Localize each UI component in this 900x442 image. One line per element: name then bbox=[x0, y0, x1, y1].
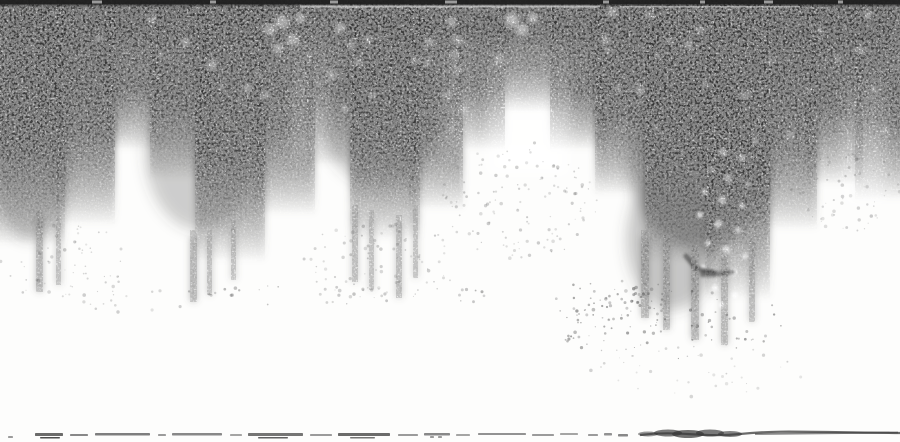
speck bbox=[548, 228, 551, 231]
speck bbox=[70, 285, 72, 287]
speck bbox=[864, 186, 865, 187]
speck bbox=[68, 293, 70, 295]
speck bbox=[493, 191, 495, 193]
top-rule-gap bbox=[92, 1, 102, 4]
speck bbox=[55, 235, 58, 238]
speck bbox=[556, 235, 558, 237]
speck bbox=[626, 331, 629, 334]
speck bbox=[113, 294, 114, 295]
speck bbox=[715, 311, 717, 313]
speck bbox=[780, 367, 781, 368]
speck bbox=[567, 335, 570, 338]
speck bbox=[640, 344, 641, 345]
speck bbox=[151, 308, 154, 311]
speck bbox=[47, 261, 49, 263]
speck bbox=[489, 201, 491, 203]
speck bbox=[870, 214, 873, 217]
speck bbox=[483, 294, 486, 297]
speck bbox=[472, 300, 475, 303]
speck bbox=[589, 181, 591, 183]
speck bbox=[751, 339, 752, 340]
speck bbox=[481, 158, 484, 161]
speck bbox=[487, 222, 491, 226]
speck bbox=[791, 188, 792, 189]
top-rule-gap bbox=[445, 1, 457, 4]
speck bbox=[856, 158, 859, 161]
speck bbox=[367, 245, 370, 248]
speck bbox=[592, 314, 594, 316]
speck bbox=[50, 255, 53, 258]
speck bbox=[179, 305, 182, 308]
speck bbox=[459, 214, 461, 216]
speck bbox=[708, 319, 711, 322]
speck bbox=[419, 259, 421, 261]
speck bbox=[601, 305, 603, 307]
speck bbox=[367, 287, 369, 289]
speck bbox=[116, 275, 118, 277]
speck bbox=[590, 297, 592, 299]
speck bbox=[38, 251, 42, 255]
bottom-rule-dash bbox=[560, 433, 578, 435]
speck bbox=[827, 156, 829, 158]
speck bbox=[324, 288, 327, 291]
speck bbox=[443, 252, 445, 254]
speck bbox=[82, 293, 86, 297]
speck bbox=[72, 286, 73, 287]
speck bbox=[38, 284, 39, 285]
speck bbox=[844, 175, 846, 177]
speck bbox=[392, 248, 395, 251]
speck bbox=[455, 165, 457, 167]
speck bbox=[642, 293, 645, 296]
speck bbox=[691, 339, 693, 341]
speck bbox=[479, 171, 482, 174]
speck bbox=[418, 256, 421, 259]
speck bbox=[377, 286, 380, 289]
speck bbox=[335, 286, 338, 289]
speck bbox=[316, 266, 317, 267]
speck bbox=[590, 283, 592, 285]
speck bbox=[655, 324, 657, 326]
bottom-rule-dash bbox=[70, 434, 88, 436]
speck bbox=[730, 357, 733, 360]
speck bbox=[511, 254, 513, 256]
speck bbox=[552, 165, 555, 168]
speck bbox=[551, 251, 552, 252]
speck bbox=[463, 191, 465, 193]
bottom-rule-dash bbox=[588, 434, 598, 436]
speck bbox=[508, 159, 510, 161]
speck bbox=[380, 295, 383, 298]
speck bbox=[810, 167, 813, 170]
speck bbox=[746, 383, 747, 384]
bottom-rule-dash bbox=[95, 433, 150, 436]
speck bbox=[303, 258, 306, 261]
speck bbox=[726, 373, 728, 375]
speck bbox=[658, 351, 659, 352]
speck bbox=[573, 337, 575, 339]
speck bbox=[676, 380, 678, 382]
speck bbox=[654, 308, 655, 309]
speck bbox=[856, 230, 858, 232]
speck bbox=[711, 339, 712, 340]
speck bbox=[519, 248, 520, 249]
speck bbox=[689, 309, 692, 312]
speck bbox=[479, 212, 483, 216]
speck bbox=[632, 300, 634, 302]
speck bbox=[571, 202, 574, 205]
speck bbox=[410, 255, 412, 257]
speck bbox=[111, 285, 114, 288]
speck bbox=[589, 369, 593, 373]
speck bbox=[570, 335, 572, 337]
speck bbox=[537, 241, 540, 244]
speck bbox=[238, 289, 240, 291]
speck bbox=[607, 318, 610, 321]
speck bbox=[661, 293, 663, 295]
speck bbox=[25, 290, 26, 291]
bottom-rule-dash bbox=[478, 433, 526, 435]
speck bbox=[762, 340, 764, 342]
top-rule-gap bbox=[603, 1, 609, 4]
speck bbox=[364, 247, 368, 251]
speck bbox=[443, 245, 445, 247]
speck bbox=[362, 225, 365, 228]
speck bbox=[808, 154, 809, 155]
speck bbox=[81, 252, 83, 254]
speck bbox=[634, 347, 635, 348]
speck bbox=[506, 174, 509, 177]
speck bbox=[606, 306, 608, 308]
speck bbox=[575, 219, 576, 220]
speck bbox=[621, 280, 624, 283]
speck bbox=[578, 336, 581, 339]
speck bbox=[87, 278, 89, 280]
speck bbox=[660, 330, 662, 332]
speck bbox=[426, 281, 428, 283]
speck bbox=[502, 231, 504, 233]
photo-svg bbox=[0, 0, 900, 442]
speck bbox=[120, 261, 121, 262]
speck bbox=[721, 375, 724, 378]
speck bbox=[394, 275, 397, 278]
speck bbox=[827, 164, 829, 166]
speck bbox=[576, 233, 579, 236]
bottom-rule-dash bbox=[310, 434, 332, 436]
speck bbox=[799, 376, 802, 379]
speck bbox=[687, 356, 688, 357]
speck bbox=[864, 228, 865, 229]
speck bbox=[595, 326, 596, 327]
speck bbox=[865, 185, 868, 188]
speck bbox=[660, 309, 663, 312]
speck bbox=[874, 214, 877, 217]
speck bbox=[608, 301, 611, 304]
speck bbox=[223, 288, 226, 291]
speck bbox=[843, 228, 844, 229]
speck bbox=[376, 245, 379, 248]
speck bbox=[630, 326, 631, 327]
speck bbox=[596, 199, 598, 201]
speck bbox=[848, 153, 851, 156]
speck bbox=[575, 309, 578, 312]
speck bbox=[360, 296, 361, 297]
speck bbox=[868, 223, 869, 224]
speck bbox=[97, 291, 98, 292]
speck bbox=[690, 395, 694, 399]
speck bbox=[609, 304, 612, 307]
speck bbox=[771, 304, 773, 306]
speck bbox=[687, 381, 689, 383]
speck bbox=[762, 354, 765, 357]
speck bbox=[787, 173, 789, 175]
speck bbox=[733, 316, 736, 319]
speck bbox=[819, 154, 820, 155]
speck bbox=[518, 188, 520, 190]
speck bbox=[353, 283, 355, 285]
speck bbox=[385, 299, 388, 302]
speck bbox=[699, 353, 703, 357]
speck bbox=[559, 237, 562, 240]
speck bbox=[554, 175, 556, 177]
speck bbox=[415, 293, 416, 294]
speck bbox=[650, 287, 654, 291]
speck bbox=[74, 265, 75, 266]
speck bbox=[651, 300, 652, 301]
speck bbox=[533, 141, 536, 144]
speck bbox=[859, 147, 861, 149]
speck bbox=[616, 350, 617, 351]
speck bbox=[506, 151, 508, 153]
speck bbox=[64, 269, 65, 270]
speck bbox=[528, 223, 530, 225]
speck bbox=[540, 177, 543, 180]
speck bbox=[630, 310, 631, 311]
speck bbox=[873, 205, 874, 206]
speck bbox=[621, 314, 622, 315]
speck bbox=[361, 235, 363, 237]
speck bbox=[832, 210, 836, 214]
speck bbox=[529, 151, 531, 153]
speck bbox=[833, 214, 835, 216]
speck bbox=[526, 221, 528, 223]
speck bbox=[665, 347, 668, 350]
speck bbox=[505, 237, 507, 239]
speck bbox=[551, 233, 553, 235]
speck bbox=[588, 304, 591, 307]
speck bbox=[826, 179, 828, 181]
speck bbox=[105, 231, 107, 233]
speck bbox=[812, 216, 813, 217]
speck bbox=[21, 261, 23, 263]
speck bbox=[731, 382, 732, 383]
bottom-rule-dash bbox=[172, 433, 222, 436]
speck bbox=[314, 247, 317, 250]
speck bbox=[379, 247, 382, 250]
bottom-rule-dash bbox=[438, 436, 442, 438]
speck bbox=[648, 306, 651, 309]
speck bbox=[449, 279, 451, 281]
speck bbox=[820, 218, 821, 219]
bottom-rule-dash bbox=[35, 433, 63, 436]
speck bbox=[817, 178, 819, 180]
speck bbox=[726, 314, 728, 316]
speck bbox=[543, 246, 545, 248]
speck bbox=[345, 280, 348, 283]
speck bbox=[326, 301, 329, 304]
speck bbox=[450, 201, 453, 204]
speck bbox=[517, 184, 518, 185]
speck bbox=[625, 307, 628, 310]
speck bbox=[736, 337, 738, 339]
speck bbox=[63, 248, 66, 251]
speck bbox=[566, 340, 569, 343]
speck bbox=[866, 203, 868, 205]
speck bbox=[656, 322, 657, 323]
speck bbox=[478, 164, 480, 166]
speck bbox=[704, 334, 707, 337]
top-rule-gap bbox=[210, 1, 216, 4]
speck bbox=[636, 372, 638, 374]
speck bbox=[612, 318, 615, 321]
speck bbox=[309, 258, 312, 261]
top-rule-gap bbox=[764, 1, 773, 4]
speck bbox=[845, 226, 848, 229]
speck bbox=[634, 286, 637, 289]
speck bbox=[427, 268, 428, 269]
speck bbox=[573, 331, 577, 335]
speck bbox=[465, 195, 468, 198]
speck bbox=[603, 326, 605, 328]
speck bbox=[503, 244, 505, 246]
speck bbox=[486, 202, 489, 205]
speck bbox=[481, 290, 484, 293]
speck bbox=[620, 298, 623, 301]
speck bbox=[818, 161, 819, 162]
speck bbox=[820, 159, 821, 160]
speck bbox=[816, 151, 818, 153]
speck bbox=[436, 288, 438, 290]
speck bbox=[595, 211, 596, 212]
speck bbox=[746, 391, 747, 392]
speck bbox=[802, 191, 805, 194]
speck bbox=[114, 304, 117, 307]
speck bbox=[341, 256, 344, 259]
speck bbox=[78, 247, 81, 250]
speck bbox=[267, 304, 269, 306]
speck bbox=[158, 289, 161, 292]
speck bbox=[828, 161, 831, 164]
speck bbox=[90, 304, 92, 306]
speck bbox=[752, 349, 754, 351]
speck bbox=[324, 246, 326, 248]
speck bbox=[756, 387, 759, 390]
speck bbox=[603, 340, 604, 341]
speck bbox=[103, 303, 105, 305]
speck bbox=[738, 338, 740, 340]
halftone-photo-plate bbox=[0, 0, 900, 442]
speck bbox=[529, 149, 530, 150]
speck bbox=[791, 168, 793, 170]
speck bbox=[852, 152, 855, 155]
speck bbox=[325, 278, 327, 280]
speck bbox=[817, 157, 818, 158]
speck bbox=[698, 355, 699, 356]
speck bbox=[604, 297, 607, 300]
speck bbox=[849, 194, 853, 198]
speck bbox=[495, 191, 497, 193]
speck bbox=[338, 289, 342, 293]
speck bbox=[637, 388, 639, 390]
speck bbox=[91, 251, 93, 253]
speck bbox=[349, 295, 352, 298]
speck bbox=[513, 243, 515, 245]
speck bbox=[573, 297, 575, 299]
speck bbox=[95, 307, 98, 310]
speck bbox=[691, 325, 693, 327]
speck bbox=[885, 190, 887, 192]
speck bbox=[873, 169, 875, 171]
speck bbox=[516, 209, 519, 212]
speck bbox=[323, 260, 325, 262]
speck bbox=[650, 325, 651, 326]
speck bbox=[452, 226, 453, 227]
speck bbox=[65, 294, 66, 295]
speck bbox=[405, 249, 407, 251]
speck bbox=[593, 290, 596, 293]
speck bbox=[508, 256, 512, 260]
speck bbox=[120, 248, 123, 251]
speck bbox=[625, 348, 627, 350]
speck bbox=[374, 297, 375, 298]
speck bbox=[398, 280, 401, 283]
speck bbox=[573, 171, 575, 173]
speck bbox=[433, 281, 435, 283]
speck bbox=[807, 209, 810, 212]
speck bbox=[585, 313, 588, 316]
speck bbox=[897, 183, 899, 185]
speck bbox=[600, 299, 601, 300]
bottom-rule-dash bbox=[424, 433, 450, 436]
speck bbox=[396, 257, 398, 259]
speck bbox=[442, 194, 444, 196]
bottom-rule-dash bbox=[158, 434, 166, 436]
speck bbox=[481, 242, 482, 243]
speck bbox=[461, 288, 464, 291]
speck bbox=[578, 167, 579, 168]
speck bbox=[711, 291, 714, 294]
speck bbox=[884, 195, 885, 196]
speck bbox=[602, 317, 604, 319]
speck bbox=[375, 269, 377, 271]
speck bbox=[456, 231, 459, 234]
speck bbox=[337, 294, 340, 297]
speck bbox=[600, 366, 602, 368]
speck bbox=[554, 228, 557, 231]
speck bbox=[551, 240, 555, 244]
speck bbox=[468, 232, 471, 235]
speck bbox=[499, 202, 503, 206]
speck bbox=[601, 350, 602, 351]
speck bbox=[841, 183, 845, 187]
speck bbox=[503, 165, 506, 168]
speck bbox=[526, 216, 528, 218]
speck bbox=[786, 361, 788, 363]
speck bbox=[565, 339, 567, 341]
speck bbox=[824, 152, 825, 153]
speck bbox=[726, 344, 727, 345]
speck bbox=[677, 346, 679, 348]
